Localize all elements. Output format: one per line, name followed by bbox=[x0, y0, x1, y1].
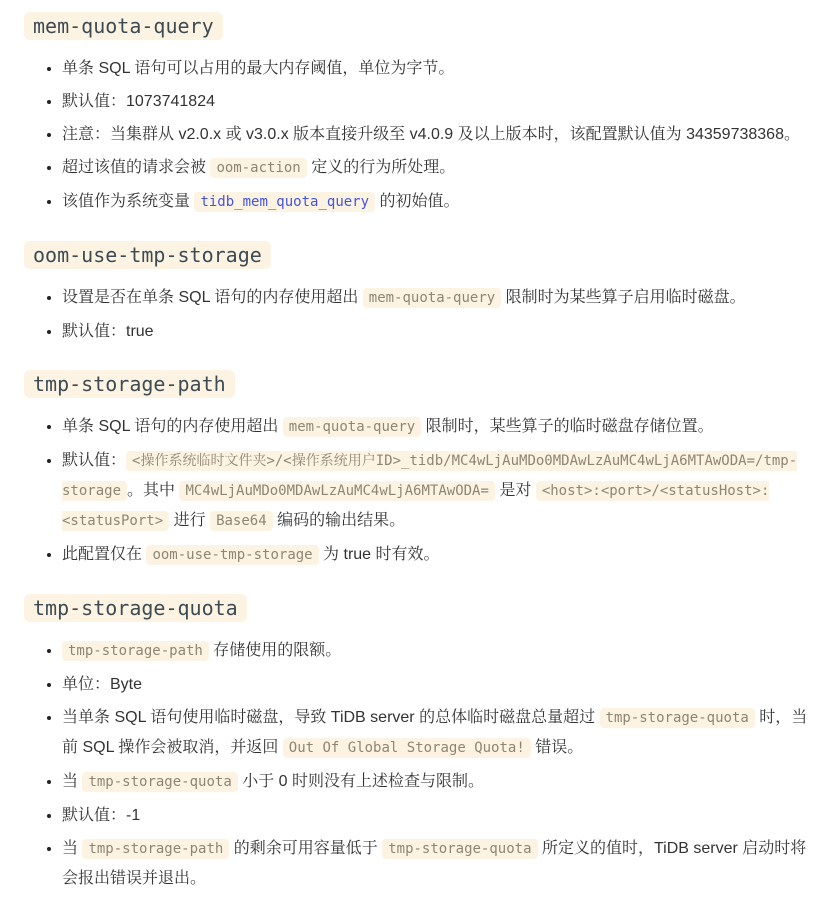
text-segment: 设置是否在单条 SQL 语句的内存使用超出 bbox=[62, 289, 363, 306]
inline-code: oom-use-tmp-storage bbox=[146, 545, 318, 565]
section-bullet-list: 单条 SQL 语句的内存使用超出 mem-quota-query 限制时，某些算… bbox=[24, 412, 812, 570]
inline-code: tmp-storage-path bbox=[82, 839, 229, 859]
text-segment: 单条 SQL 语句的内存使用超出 bbox=[62, 418, 283, 435]
text-segment: 是对 bbox=[495, 482, 536, 499]
list-item: 默认值：true bbox=[62, 317, 812, 346]
list-item: tmp-storage-path 存储使用的限额。 bbox=[62, 636, 812, 666]
inline-code: tmp-storage-quota bbox=[600, 708, 755, 728]
inline-code: mem-quota-query bbox=[363, 288, 501, 308]
inline-code: oom-action bbox=[210, 158, 306, 178]
text-segment: 默认值：-1 bbox=[62, 807, 140, 824]
heading-code: oom-use-tmp-storage bbox=[24, 241, 271, 269]
text-segment: 编码的输出结果。 bbox=[273, 512, 405, 529]
list-item: 当 tmp-storage-path 的剩余可用容量低于 tmp-storage… bbox=[62, 834, 812, 893]
text-segment: 默认值：true bbox=[62, 323, 154, 340]
config-sections: mem-quota-query单条 SQL 语句可以占用的最大内存阈值，单位为字… bbox=[24, 12, 812, 893]
section-heading-mem-quota-query: mem-quota-query bbox=[24, 12, 812, 41]
text-segment: 该值作为系统变量 bbox=[62, 193, 194, 210]
docs-content-page: mem-quota-query单条 SQL 语句可以占用的最大内存阈值，单位为字… bbox=[0, 0, 836, 905]
list-item: 当单条 SQL 语句使用临时磁盘，导致 TiDB server 的总体临时磁盘总… bbox=[62, 703, 812, 763]
section-heading-tmp-storage-quota: tmp-storage-quota bbox=[24, 594, 812, 623]
text-segment: 为 true 时有效。 bbox=[319, 546, 440, 563]
text-segment: 此配置仅在 bbox=[62, 546, 146, 563]
list-item: 该值作为系统变量 tidb_mem_quota_query 的初始值。 bbox=[62, 187, 812, 217]
list-item: 此配置仅在 oom-use-tmp-storage 为 true 时有效。 bbox=[62, 540, 812, 570]
list-item: 单条 SQL 语句可以占用的最大内存阈值，单位为字节。 bbox=[62, 54, 812, 83]
text-segment: 的初始值。 bbox=[375, 193, 459, 210]
text-segment: 错误。 bbox=[531, 739, 583, 756]
inline-code: Out Of Global Storage Quota! bbox=[283, 738, 531, 758]
text-segment: 超过该值的请求会被 bbox=[62, 159, 210, 176]
inline-code: tmp-storage-quota bbox=[82, 772, 237, 792]
inline-code: tmp-storage-path bbox=[62, 641, 209, 661]
list-item: 默认值：1073741824 bbox=[62, 87, 812, 116]
list-item: 注意：当集群从 v2.0.x 或 v3.0.x 版本直接升级至 v4.0.9 及… bbox=[62, 120, 812, 149]
text-segment: 限制时，某些算子的临时磁盘存储位置。 bbox=[421, 418, 713, 435]
text-segment: 限制时为某些算子启用临时磁盘。 bbox=[501, 289, 745, 306]
section-heading-oom-use-tmp-storage: oom-use-tmp-storage bbox=[24, 241, 812, 270]
text-segment: 存储使用的限额。 bbox=[209, 642, 341, 659]
text-segment: 默认值：1073741824 bbox=[62, 93, 215, 110]
inline-code: MC4wLjAuMDo0MDAwLzAuMC4wLjA6MTAwODA= bbox=[179, 481, 494, 501]
section-heading-tmp-storage-path: tmp-storage-path bbox=[24, 370, 812, 399]
section-bullet-list: tmp-storage-path 存储使用的限额。单位：Byte当单条 SQL … bbox=[24, 636, 812, 893]
section-bullet-list: 单条 SQL 语句可以占用的最大内存阈值，单位为字节。默认值：107374182… bbox=[24, 54, 812, 217]
text-segment: 单位：Byte bbox=[62, 676, 142, 693]
heading-code: mem-quota-query bbox=[24, 12, 223, 40]
text-segment: 进行 bbox=[169, 512, 210, 529]
text-segment: 。其中 bbox=[127, 482, 179, 499]
list-item: 单位：Byte bbox=[62, 670, 812, 699]
list-item: 默认值：-1 bbox=[62, 801, 812, 830]
list-item: 超过该值的请求会被 oom-action 定义的行为所处理。 bbox=[62, 153, 812, 183]
inline-code: tmp-storage-quota bbox=[382, 839, 537, 859]
text-segment: 默认值： bbox=[62, 452, 126, 469]
inline-code-link[interactable]: tidb_mem_quota_query bbox=[194, 192, 375, 212]
text-segment: 单条 SQL 语句可以占用的最大内存阈值，单位为字节。 bbox=[62, 60, 454, 77]
list-item: 设置是否在单条 SQL 语句的内存使用超出 mem-quota-query 限制… bbox=[62, 283, 812, 313]
text-segment: 注意：当集群从 v2.0.x 或 v3.0.x 版本直接升级至 v4.0.9 及… bbox=[62, 126, 800, 143]
list-item: 默认值：<操作系统临时文件夹>/<操作系统用户ID>_tidb/MC4wLjAu… bbox=[62, 446, 812, 536]
section-bullet-list: 设置是否在单条 SQL 语句的内存使用超出 mem-quota-query 限制… bbox=[24, 283, 812, 346]
text-segment: 的剩余可用容量低于 bbox=[229, 840, 382, 857]
heading-code: tmp-storage-path bbox=[24, 370, 235, 398]
inline-code: Base64 bbox=[210, 511, 273, 531]
inline-code: mem-quota-query bbox=[283, 417, 421, 437]
text-segment: 定义的行为所处理。 bbox=[307, 159, 455, 176]
text-segment: 当单条 SQL 语句使用临时磁盘，导致 TiDB server 的总体临时磁盘总… bbox=[62, 709, 600, 726]
text-segment: 当 bbox=[62, 773, 82, 790]
text-segment: 小于 0 时则没有上述检查与限制。 bbox=[238, 773, 484, 790]
heading-code: tmp-storage-quota bbox=[24, 594, 247, 622]
list-item: 单条 SQL 语句的内存使用超出 mem-quota-query 限制时，某些算… bbox=[62, 412, 812, 442]
text-segment: 当 bbox=[62, 840, 82, 857]
list-item: 当 tmp-storage-quota 小于 0 时则没有上述检查与限制。 bbox=[62, 767, 812, 797]
